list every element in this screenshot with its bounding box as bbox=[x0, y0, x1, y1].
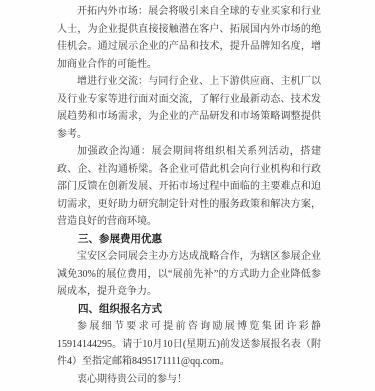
body-paragraph: 开拓内外市场：展会将吸引来自全球的专业买家和行业人士，为企业提供直接接触潜在客户… bbox=[57, 3, 321, 73]
body-paragraph: 加强政企沟通：展会期间将组织相关系列活动，搭建政、企、社沟通桥梁。各企业可借此机… bbox=[57, 143, 321, 231]
body-paragraph: 宝安区会同展会主办方达成战略合作，为辖区参展企业减免30%的展位费用，以“展前先… bbox=[57, 248, 321, 301]
document-text-body: 开拓内外市场：展会将吸引来自全球的专业买家和行业人士，为企业提供直接接触潜在客户… bbox=[0, 0, 375, 388]
document-page: 开拓内外市场：展会将吸引来自全球的专业买家和行业人士，为企业提供直接接触潜在客户… bbox=[0, 0, 375, 391]
body-paragraph: 衷心期待贵公司的参与！ bbox=[57, 371, 321, 389]
body-paragraph: 增进行业交流：与同行企业、上下游供应商、主机厂以及行业专家等进行面对面交流，了解… bbox=[57, 73, 321, 143]
section-heading: 四、组织报名方式 bbox=[57, 301, 321, 319]
body-paragraph: 参展细节要求可提前咨询励展博览集团许彩静15914144295。请于10月10日… bbox=[57, 318, 321, 371]
section-heading: 三、参展费用优惠 bbox=[57, 231, 321, 249]
